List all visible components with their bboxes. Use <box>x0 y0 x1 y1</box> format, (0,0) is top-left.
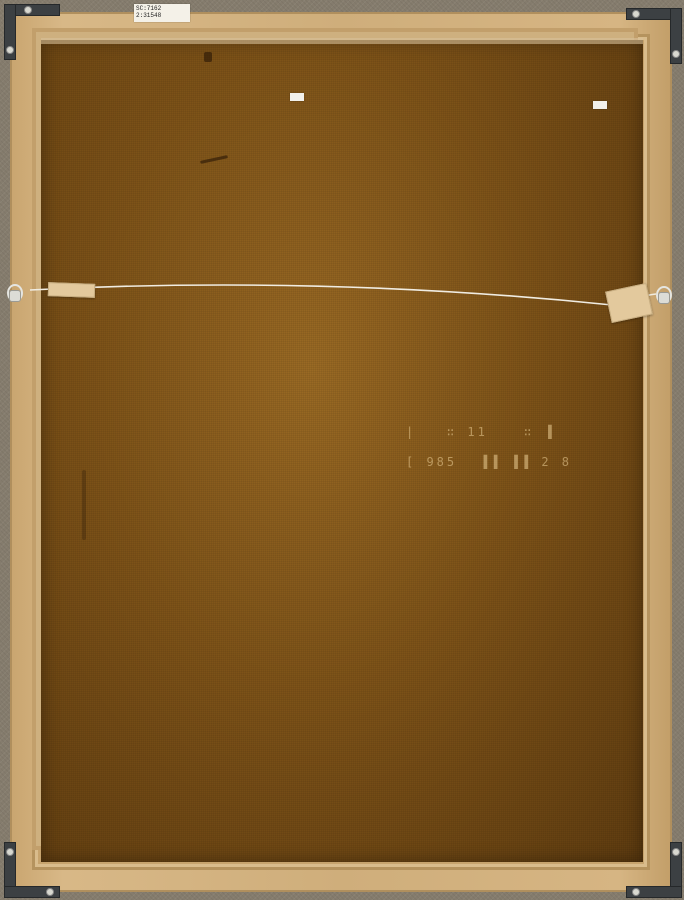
d-ring-hanger-left <box>7 284 23 302</box>
screw-icon <box>6 46 14 54</box>
d-ring-hanger-right <box>656 286 672 304</box>
screw-icon <box>672 848 680 856</box>
canvas-sticker <box>593 101 607 109</box>
inventory-label: SC:7162 2:31548 <box>134 4 190 22</box>
canvas-stain <box>82 470 86 540</box>
canvas-back <box>41 40 643 862</box>
corner-bracket-top-right <box>626 8 680 62</box>
stencil-mark-line1-left: | ∷ 11 <box>406 425 488 439</box>
canvas-sticker <box>290 93 304 101</box>
corner-bracket-top-left <box>4 4 58 58</box>
corner-bracket-bottom-right <box>626 842 680 896</box>
canvas-top-edge <box>41 38 643 44</box>
stencil-mark-line1-right: ∷ ▐ <box>524 425 555 439</box>
screw-icon <box>632 10 640 18</box>
stencil-mark-line2-left: [ 985 <box>406 455 457 469</box>
screw-icon <box>24 6 32 14</box>
canvas-stain <box>204 52 212 62</box>
screw-icon <box>6 848 14 856</box>
inventory-label-line2: 2:31548 <box>136 12 188 19</box>
screw-icon <box>672 50 680 58</box>
screw-icon <box>632 888 640 896</box>
corner-bracket-bottom-left <box>4 842 58 896</box>
wire-tape-left <box>48 282 95 298</box>
stencil-mark-line2-right: ▐▐ ▐▐ 2 8 <box>480 455 572 469</box>
inventory-label-line1: SC:7162 <box>136 5 188 12</box>
screw-icon <box>46 888 54 896</box>
